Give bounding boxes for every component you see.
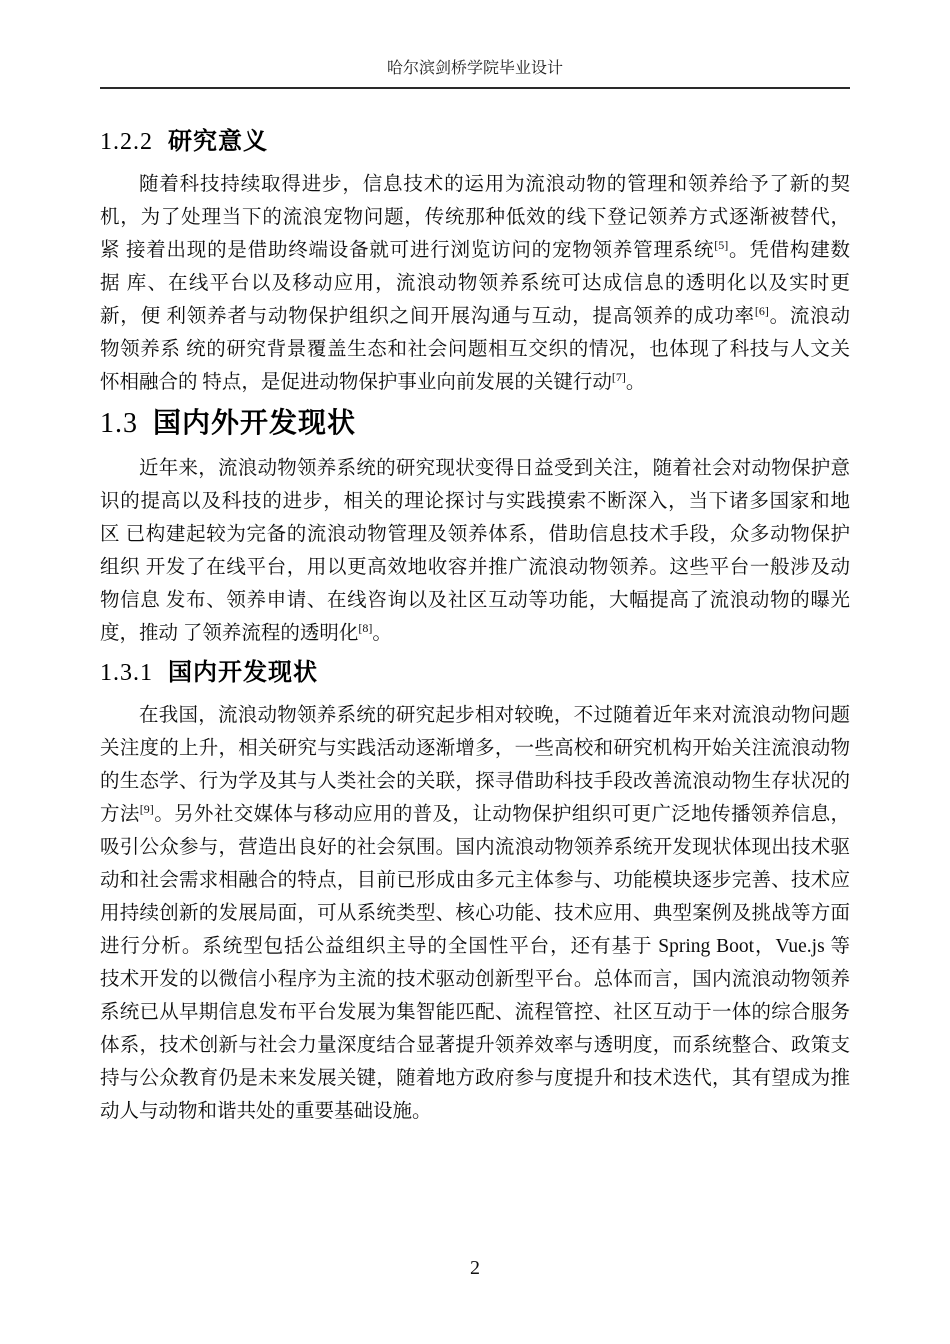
section-title: 国内外开发现状 <box>153 406 356 439</box>
paragraph-line: 用持续创新的发展局面，可从系统类型、核心功能、技术应用、典型案例及挑战等方面 <box>100 897 850 930</box>
section-title: 国内开发现状 <box>168 658 318 686</box>
paragraph-line: 识的提高以及科技的进步，相关的理论探讨与实践摸索不断深入，当下诸多国家和地 <box>100 485 850 518</box>
paragraph-line: 组织 开发了在线平台，用以更高效地收容并推广流浪动物领养。这些平台一般涉及动 <box>100 551 850 584</box>
paragraph-line: 进行分析。系统型包括公益组织主导的全国性平台，还有基于 Spring Boot，… <box>100 930 850 963</box>
section-heading-1-3-1: 1.3.1国内开发现状 <box>100 656 850 689</box>
citation-ref: [6] <box>755 304 769 318</box>
paragraph-line: 动人与动物和谐共处的重要基础设施。 <box>100 1095 850 1128</box>
page-header: 哈尔滨剑桥学院毕业设计 <box>100 0 850 89</box>
citation-ref: [7] <box>612 370 626 384</box>
paragraph-line: 技术开发的以微信小程序为主流的技术驱动创新型平台。总体而言，国内流浪动物领养 <box>100 963 850 996</box>
paragraph-line: 度，推动 了领养流程的透明化[8]。 <box>100 617 850 650</box>
section-number: 1.3 <box>100 408 138 439</box>
section-heading-1-3: 1.3国内外开发现状 <box>100 405 850 442</box>
paragraph-line: 吸引公众参与，营造出良好的社会氛围。国内流浪动物领养系统开发现状体现出技术驱 <box>100 831 850 864</box>
section-number: 1.3.1 <box>100 660 153 686</box>
document-page: 哈尔滨剑桥学院毕业设计 1.2.2研究意义 随着科技持续取得进步，信息技术的运用… <box>0 0 950 1344</box>
paragraph-development-status: 近年来，流浪动物领养系统的研究现状变得日益受到关注，随着社会对动物保护意识的提高… <box>100 452 850 650</box>
paragraph-line: 机，为了处理当下的流浪宠物问题，传统那种低效的线下登记领养方式逐渐被替代， <box>100 201 850 234</box>
header-rule <box>100 87 850 89</box>
paragraph-line: 物领养系 统的研究背景覆盖生态和社会问题相互交织的情况，也体现了科技与人文关 <box>100 333 850 366</box>
paragraph-line: 随着科技持续取得进步，信息技术的运用为流浪动物的管理和领养给予了新的契 <box>100 168 850 201</box>
page-number: 2 <box>0 1257 950 1280</box>
paragraph-line: 新，便 利领养者与动物保护组织之间开展沟通与互动，提高领养的成功率[6]。流浪动 <box>100 300 850 333</box>
section-number: 1.2.2 <box>100 129 153 155</box>
paragraph-line: 怀相融合的 特点，是促进动物保护事业向前发展的关键行动[7]。 <box>100 366 850 399</box>
citation-ref: [8] <box>358 621 372 635</box>
paragraph-line: 体系，技术创新与社会力量深度结合显著提升领养效率与透明度，而系统整合、政策支 <box>100 1029 850 1062</box>
paragraph-line: 据 库、在线平台以及移动应用，流浪动物领养系统可达成信息的透明化以及实时更 <box>100 267 850 300</box>
paragraph-line: 区 已构建起较为完备的流浪动物管理及领养体系，借助信息技术手段，众多动物保护 <box>100 518 850 551</box>
section-title: 研究意义 <box>168 127 268 155</box>
paragraph-line: 持与公众教育仍是未来发展关键，随着地方政府参与度提升和技术迭代，其有望成为推 <box>100 1062 850 1095</box>
paragraph-line: 关注度的上升，相关研究与实践活动逐渐增多，一些高校和研究机构开始关注流浪动物 <box>100 732 850 765</box>
paragraph-line: 在我国，流浪动物领养系统的研究起步相对较晚，不过随着近年来对流浪动物问题 <box>100 699 850 732</box>
paragraph-research-significance: 随着科技持续取得进步，信息技术的运用为流浪动物的管理和领养给予了新的契机，为了处… <box>100 168 850 399</box>
section-heading-1-2-2: 1.2.2研究意义 <box>100 125 850 158</box>
paragraph-line: 方法[9]。另外社交媒体与移动应用的普及，让动物保护组织可更广泛地传播领养信息， <box>100 798 850 831</box>
paragraph-line: 的生态学、行为学及其与人类社会的关联，探寻借助科技手段改善流浪动物生存状况的 <box>100 765 850 798</box>
citation-ref: [9] <box>140 802 154 816</box>
paragraph-line: 系统已从早期信息发布平台发展为集智能匹配、流程管控、社区互动于一体的综合服务 <box>100 996 850 1029</box>
citation-ref: [5] <box>714 238 728 252</box>
paragraph-line: 近年来，流浪动物领养系统的研究现状变得日益受到关注，随着社会对动物保护意 <box>100 452 850 485</box>
paragraph-line: 动和社会需求相融合的特点，目前已形成由多元主体参与、功能模块逐步完善、技术应 <box>100 864 850 897</box>
running-head: 哈尔滨剑桥学院毕业设计 <box>100 58 850 80</box>
paragraph-line: 紧 接着出现的是借助终端设备就可进行浏览访问的宠物领养管理系统[5]。凭借构建数 <box>100 234 850 267</box>
paragraph-line: 物信息 发布、领养申请、在线咨询以及社区互动等功能，大幅提高了流浪动物的曝光 <box>100 584 850 617</box>
paragraph-domestic-status: 在我国，流浪动物领养系统的研究起步相对较晚，不过随着近年来对流浪动物问题关注度的… <box>100 699 850 1128</box>
